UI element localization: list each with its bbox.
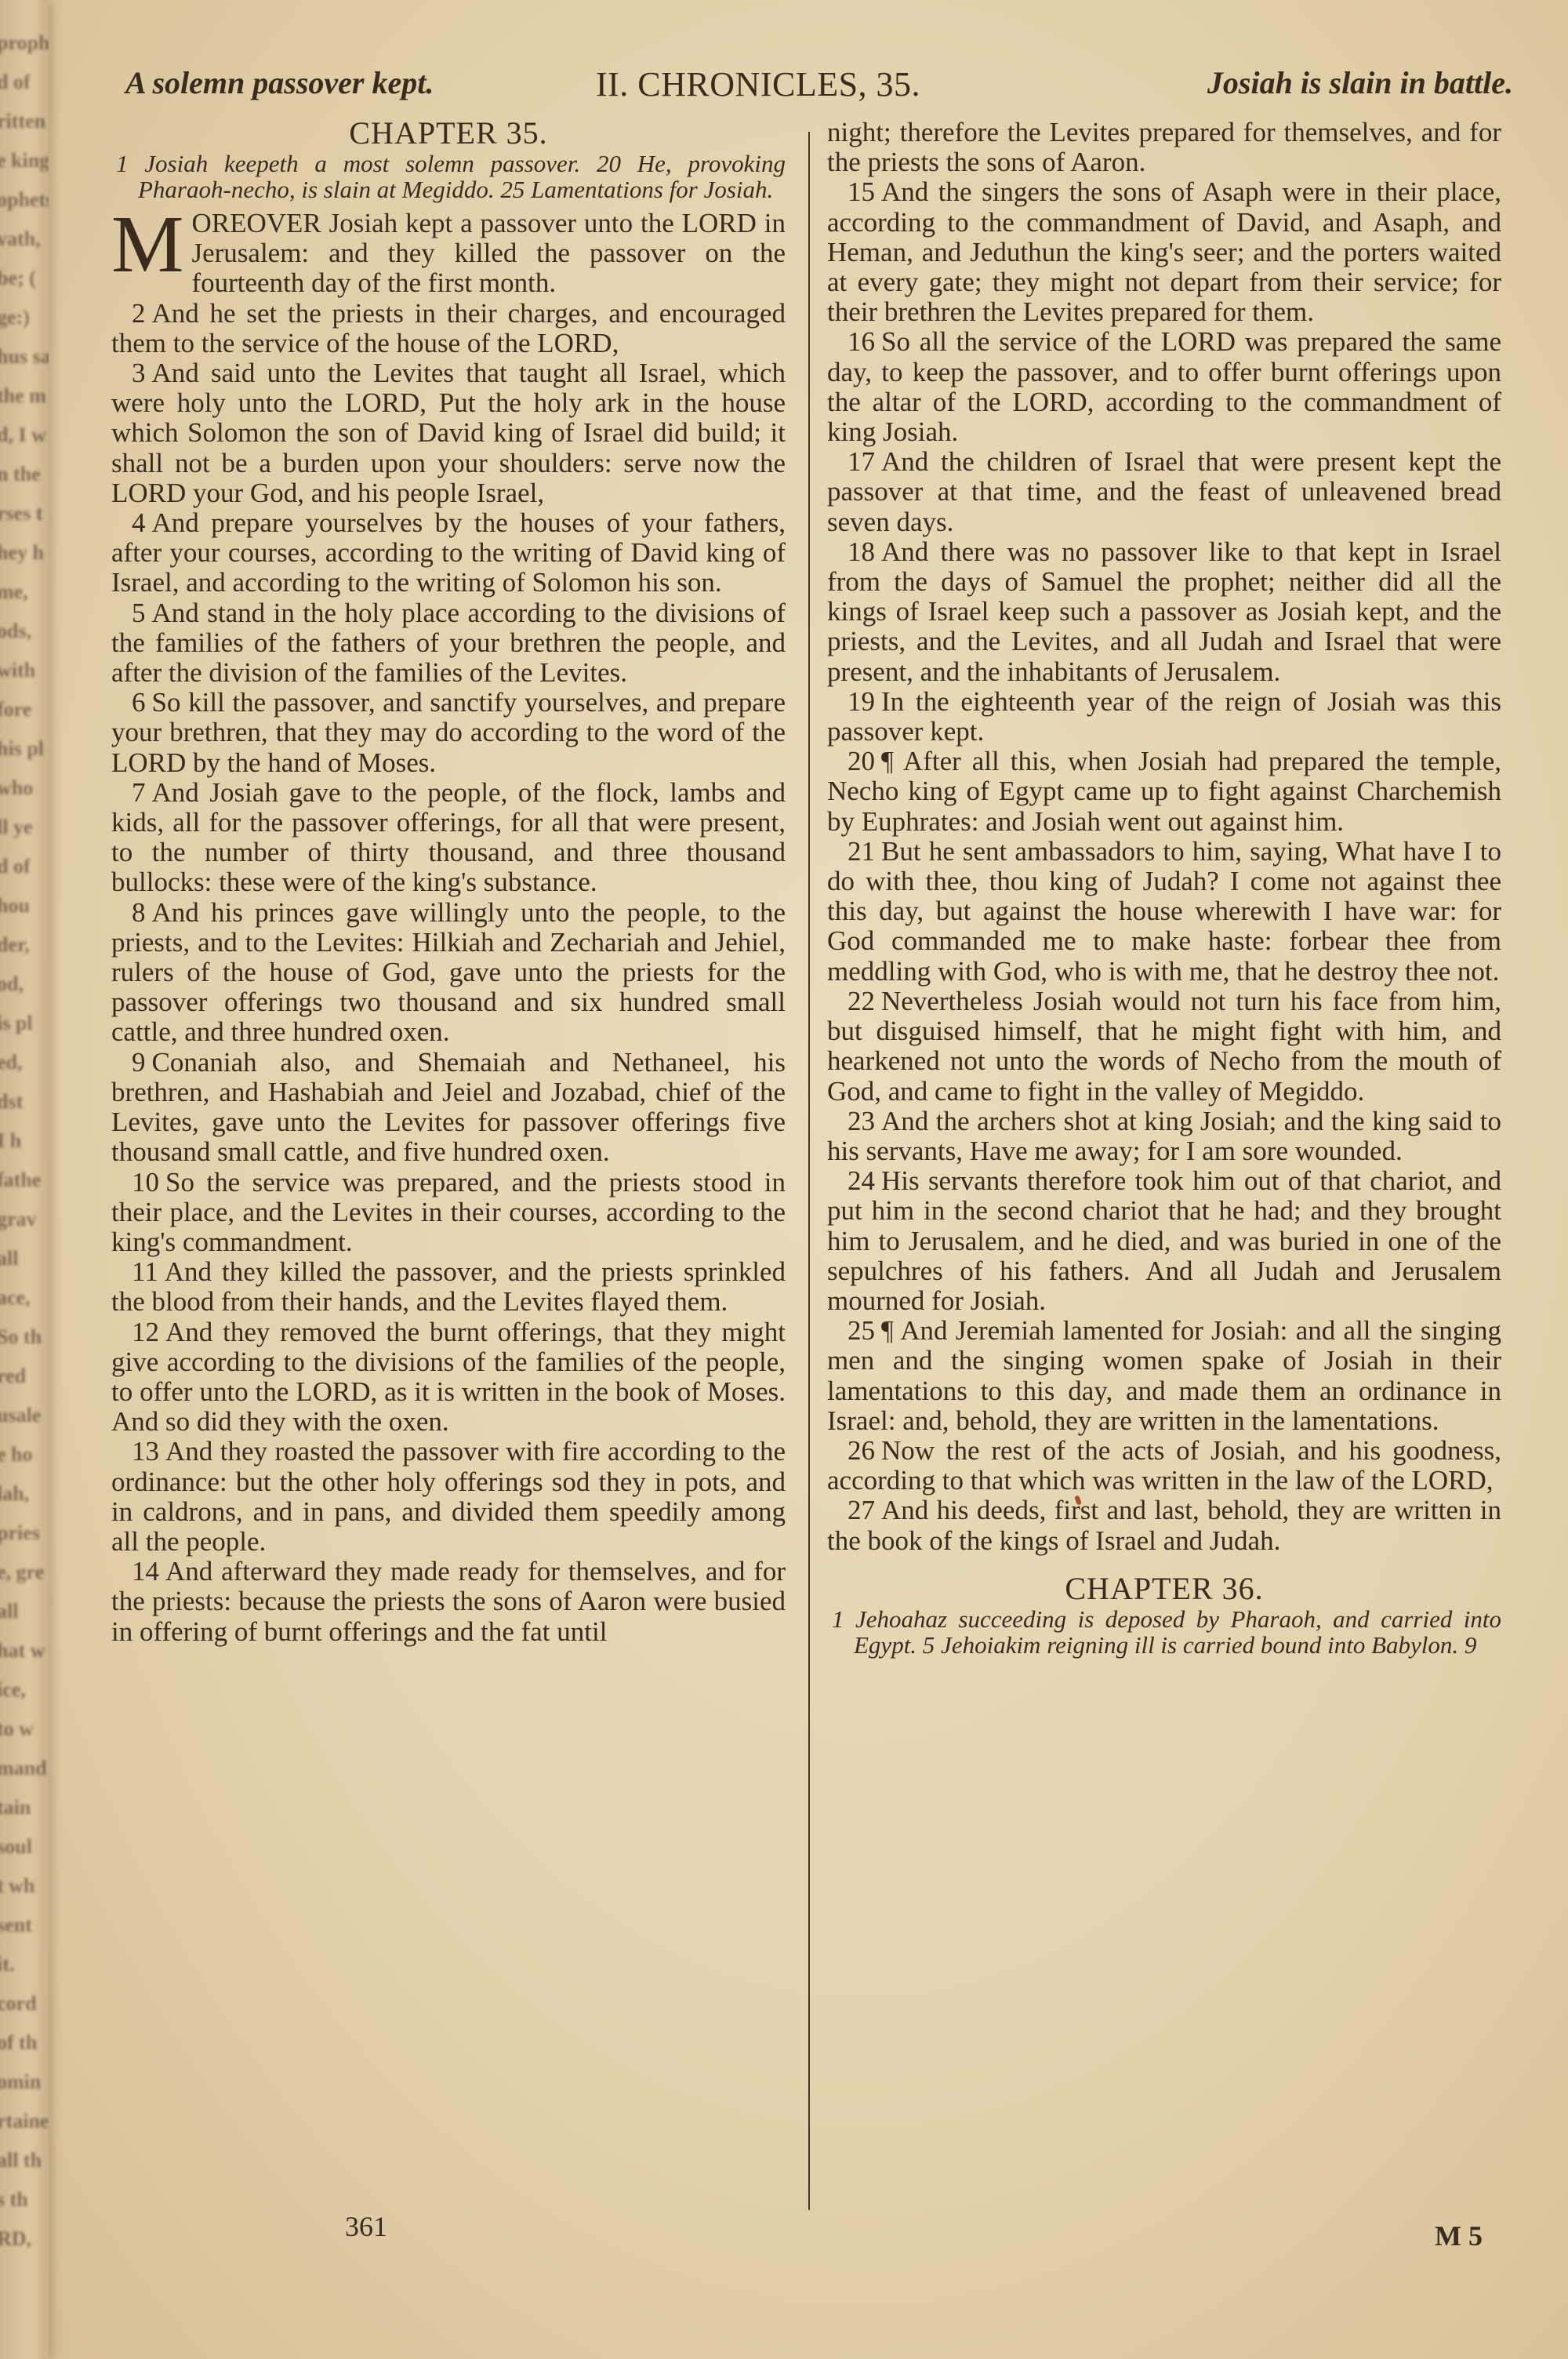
verse-text: And the archers shot at king Josiah; and…: [827, 1106, 1501, 1166]
adjacent-page-text-fragment: me,: [0, 580, 28, 604]
adjacent-page-text-fragment: grav: [0, 1208, 37, 1231]
chapter-35-summary: 1 Josiah keepeth a most solemn passover.…: [111, 151, 786, 202]
adjacent-page-text-fragment: So th: [0, 1325, 42, 1349]
adjacent-page-text-fragment: hat w: [0, 1639, 45, 1663]
verse-text: And the children of Israel that were pre…: [827, 446, 1501, 536]
verse-text: Now the rest of the acts of Josiah, and …: [827, 1435, 1501, 1496]
verse-22: 22Nevertheless Josiah would not turn his…: [827, 987, 1501, 1107]
verse-text: In the eighteenth year of the reign of J…: [827, 686, 1501, 747]
adjacent-page-text-fragment: ophets: [0, 188, 49, 212]
adjacent-page-text-fragment: hus sa: [0, 345, 49, 369]
adjacent-page-text-fragment: ods,: [0, 620, 31, 643]
adjacent-page-text-fragment: vath,: [0, 227, 41, 251]
verse-3: 3And said unto the Levites that taught a…: [111, 358, 786, 508]
verse-21: 21But he sent ambassadors to him, saying…: [827, 837, 1501, 987]
adjacent-page-text-fragment: all th: [0, 2149, 42, 2172]
verse-26: 26Now the rest of the acts of Josiah, an…: [827, 1436, 1501, 1496]
verse-9: 9Conaniah also, and Shemaiah and Nethane…: [111, 1048, 786, 1168]
verse-number: 26: [848, 1435, 875, 1466]
verse-text: And Josiah gave to the people, of the fl…: [111, 777, 786, 898]
verse-7: 7And Josiah gave to the people, of the f…: [111, 778, 786, 898]
adjacent-page-text-fragment: with: [0, 659, 35, 682]
verse-12: 12And they removed the burnt offerings, …: [111, 1318, 786, 1438]
verse-text: ¶ After all this, when Josiah had prepar…: [827, 746, 1501, 836]
verse-number: 22: [848, 986, 875, 1016]
verse-number: 27: [848, 1495, 875, 1525]
verse-2: 2And he set the priests in their charges…: [111, 299, 786, 358]
verse-text: And he set the priests in their charges,…: [111, 298, 786, 358]
verse-number: 21: [848, 836, 875, 867]
adjacent-page-text-fragment: ll ye: [0, 816, 33, 839]
adjacent-page-text-fragment: who: [0, 776, 33, 800]
running-head: A solemn passover kept. II. CHRONICLES, …: [110, 64, 1513, 111]
running-head-left: A solemn passover kept.: [125, 64, 434, 101]
verse-11: 11And they killed the passover, and the …: [111, 1257, 786, 1317]
verse-number: 16: [848, 326, 875, 357]
adjacent-page-text-fragment: ice,: [0, 1678, 26, 1702]
adjacent-page-text-fragment: of th: [0, 2031, 37, 2055]
verse-text: And afterward they made ready for themse…: [111, 1556, 786, 1646]
verse-25: 25¶ And Jeremiah lamented for Josiah: an…: [827, 1316, 1501, 1436]
adjacent-page-text-fragment: s th: [0, 2188, 28, 2212]
adjacent-page-text-fragment: be; (: [0, 267, 36, 290]
verse-number: 8: [132, 897, 146, 928]
adjacent-page-text-fragment: ge:): [0, 306, 30, 329]
adjacent-page-text-fragment: red: [0, 1365, 26, 1388]
verse-text: His servants therefore took him out of t…: [827, 1165, 1501, 1316]
verse-text: Conaniah also, and Shemaiah and Nethanee…: [111, 1047, 786, 1168]
adjacent-page-text-fragment: d, I w: [0, 423, 46, 447]
adjacent-page-text-fragment: rses t: [0, 502, 42, 525]
verse-number: 24: [848, 1165, 875, 1196]
right-column: night; therefore the Levites prepared fo…: [827, 118, 1501, 1664]
verse-text: Nevertheless Josiah would not turn his f…: [827, 986, 1501, 1107]
adjacent-page-text-fragment: hey h: [0, 541, 44, 565]
verse-text: And they killed the passover, and the pr…: [111, 1256, 786, 1317]
verse-text: And his princes gave willingly unto the …: [111, 897, 786, 1048]
adjacent-page-edge: prophed ofrittene kingophetsvath,be; (ge…: [0, 0, 49, 2359]
left-column: CHAPTER 35. 1 Josiah keepeth a most sole…: [111, 118, 786, 1647]
adjacent-page-text-fragment: ritten: [0, 110, 45, 133]
adjacent-page-text-fragment: all: [0, 1600, 18, 1623]
adjacent-page-text-fragment: usale: [0, 1404, 41, 1427]
verse-text: And his deeds, first and last, behold, t…: [827, 1495, 1501, 1555]
verse-text: So all the service of the LORD was prepa…: [827, 326, 1501, 447]
page-number: 361: [345, 2210, 387, 2243]
verse-13: 13And they roasted the passover with fir…: [111, 1437, 786, 1557]
adjacent-page-text-fragment: RD,: [0, 2227, 31, 2251]
adjacent-page-text-fragment: ace,: [0, 1286, 31, 1310]
verse-number: 25: [848, 1315, 875, 1346]
adjacent-page-text-fragment: tain: [0, 1796, 31, 1819]
adjacent-page-text-fragment: mand: [0, 1757, 47, 1780]
verse-text: And the singers the sons of Asaph were i…: [827, 176, 1501, 327]
verse-14: 14And afterward they made ready for them…: [111, 1557, 786, 1647]
verse-number: 2: [132, 298, 146, 329]
chapter-36-title: CHAPTER 36.: [827, 1573, 1501, 1605]
printer-signature-mark: M 5: [1435, 2219, 1483, 2252]
verse-text: So the service was prepared, and the pri…: [111, 1167, 786, 1257]
verse-text: night; therefore the Levites prepared fo…: [827, 117, 1501, 177]
adjacent-page-text-fragment: cord: [0, 1992, 37, 2016]
verse-number: 5: [132, 598, 146, 628]
verse-number: 10: [132, 1167, 159, 1198]
verse-17: 17And the children of Israel that were p…: [827, 447, 1501, 537]
adjacent-page-text-fragment: d of: [0, 71, 31, 94]
verse-text: So kill the passover, and sanctify yours…: [111, 687, 786, 777]
verse-number: 4: [132, 507, 146, 538]
verse-text: And said unto the Levites that taught al…: [111, 358, 786, 508]
adjacent-page-text-fragment: ed,: [0, 1051, 23, 1074]
verse-1: MOREOVER Josiah kept a passover unto the…: [111, 209, 786, 299]
adjacent-page-text-fragment: der,: [0, 933, 30, 957]
adjacent-page-text-fragment: sent: [0, 1914, 32, 1937]
adjacent-page-text-fragment: hou: [0, 894, 30, 918]
verse-24: 24His servants therefore took him out of…: [827, 1166, 1501, 1316]
chapter-35-title: CHAPTER 35.: [111, 118, 786, 149]
adjacent-page-text-fragment: prophe: [0, 31, 49, 55]
adjacent-page-text-fragment: omin: [0, 2070, 41, 2094]
verse-number: 19: [848, 686, 875, 717]
verse-number: 14: [132, 1556, 159, 1587]
column-divider: [808, 132, 810, 2210]
verse-number: 18: [848, 536, 875, 567]
verse-27: 27And his deeds, first and last, behold,…: [827, 1496, 1501, 1555]
verse-text: And prepare yourselves by the houses of …: [111, 507, 786, 598]
verse-14-continued: night; therefore the Levites prepared fo…: [827, 118, 1501, 177]
verse-15: 15And the singers the sons of Asaph were…: [827, 177, 1501, 327]
adjacent-page-text-fragment: e ho: [0, 1443, 33, 1467]
adjacent-page-text-fragment: fore: [0, 698, 31, 722]
verse-18: 18And there was no passover like to that…: [827, 537, 1501, 687]
verse-number: 17: [848, 446, 875, 477]
adjacent-page-text-fragment: his pl: [0, 737, 44, 761]
adjacent-page-text-fragment: e king: [0, 149, 49, 173]
verse-23: 23And the archers shot at king Josiah; a…: [827, 1107, 1501, 1166]
verse-number: 3: [132, 358, 146, 388]
verse-number: 12: [132, 1317, 159, 1347]
adjacent-page-text-fragment: lah,: [0, 1482, 29, 1506]
verse-text: ¶ And Jeremiah lamented for Josiah: and …: [827, 1315, 1501, 1436]
verse-19: 19In the eighteenth year of the reign of…: [827, 687, 1501, 747]
adjacent-page-text-fragment: rtaine: [0, 2110, 49, 2133]
verse-number: 13: [132, 1436, 159, 1467]
adjacent-page-text-fragment: t wh: [0, 1874, 34, 1898]
adjacent-page-text-fragment: soul: [0, 1835, 32, 1859]
running-head-book-chapter: II. CHRONICLES, 35.: [596, 64, 920, 104]
adjacent-page-text-fragment: the m: [0, 384, 46, 408]
drop-cap: M: [111, 212, 183, 278]
adjacent-page-text-fragment: it.: [0, 1953, 14, 1976]
verse-number: 11: [132, 1256, 158, 1287]
verse-4: 4And prepare yourselves by the houses of…: [111, 508, 786, 598]
adjacent-page-text-fragment: n the: [0, 463, 41, 486]
book-page: prophed ofrittene kingophetsvath,be; (ge…: [0, 0, 1568, 2359]
verse-20: 20¶ After all this, when Josiah had prep…: [827, 747, 1501, 837]
verse-text: And stand in the holy place according to…: [111, 598, 786, 688]
verse-text: And they roasted the passover with fire …: [111, 1436, 786, 1557]
verse-5: 5And stand in the holy place according t…: [111, 598, 786, 689]
verse-text: And they removed the burnt offerings, th…: [111, 1317, 786, 1438]
verse-number: 9: [132, 1047, 146, 1078]
running-head-right: Josiah is slain in battle.: [1207, 64, 1513, 101]
adjacent-page-text-fragment: I h: [0, 1129, 21, 1153]
adjacent-page-text-fragment: pries: [0, 1521, 40, 1545]
verse-10: 10So the service was prepared, and the p…: [111, 1168, 786, 1258]
adjacent-page-text-fragment: to w: [0, 1717, 34, 1741]
verse-number: 23: [848, 1106, 875, 1136]
verse-number: 20: [848, 746, 875, 776]
adjacent-page-text-fragment: all: [0, 1247, 18, 1270]
verse-16: 16So all the service of the LORD was pre…: [827, 327, 1501, 447]
adjacent-page-text-fragment: od,: [0, 972, 24, 996]
verse-text: But he sent ambassadors to him, saying, …: [827, 836, 1501, 987]
chapter-36-summary: 1 Jehoahaz succeeding is deposed by Phar…: [827, 1606, 1501, 1658]
verse-text: And there was no passover like to that k…: [827, 536, 1501, 687]
verse-text: OREOVER Josiah kept a passover unto the …: [191, 208, 786, 298]
verse-6: 6So kill the passover, and sanctify your…: [111, 688, 786, 778]
verse-number: 7: [132, 777, 146, 808]
adjacent-page-text-fragment: fathe: [0, 1169, 41, 1192]
adjacent-page-text-fragment: is pl: [0, 1012, 33, 1035]
adjacent-page-text-fragment: dst: [0, 1090, 23, 1114]
verse-8: 8And his princes gave willingly unto the…: [111, 898, 786, 1048]
adjacent-page-text-fragment: d of: [0, 855, 31, 878]
verse-number: 6: [132, 687, 146, 718]
verse-number: 15: [848, 176, 875, 207]
adjacent-page-text-fragment: e, gre: [0, 1561, 44, 1584]
